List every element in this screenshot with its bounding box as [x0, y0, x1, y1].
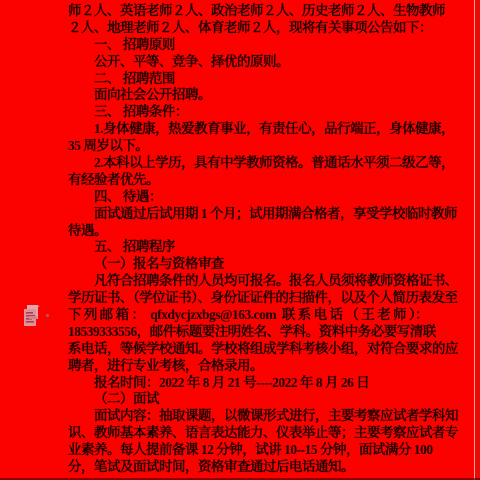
text-line: ２人、地理老师２人、体育老师２人，现将有关事项公告如下：: [68, 20, 428, 37]
text-line: 公开、平等、竞争、择优的原则。: [68, 54, 428, 71]
text-line: 一、 招聘原则: [68, 37, 428, 54]
text-line: 系电话，等候学校通知。学校将组成学科考核小组，对符合要求的应: [68, 341, 428, 358]
text-line: 下 列 邮 箱 ： qfxdycjzxbgs@163.com 联 系 电 话 （…: [68, 307, 428, 324]
text-line: 凡符合招聘条件的人员均可报名。报名人员须将教师资格证书、: [68, 273, 428, 290]
text-line: 聘者，进行专业考核，合格录用。: [68, 358, 428, 375]
text-line: 18539333556，邮件标题要注明姓名、学科。资料中务必要写清联: [68, 324, 428, 341]
text-line: 识、教师基本素养、语言表达能力、仪表举止等；主要考察应试者专: [68, 425, 428, 442]
text-line: 2.本科以上学历，具有中学教师资格。普通话水平须二级乙等，: [68, 155, 428, 172]
text-line: 1.身体健康，热爱教育事业，有责任心，品行端正，身体健康，: [68, 121, 428, 138]
text-line: 学历证书、（学位证书）、身份证证件的扫描件，以及个人简历表发至: [68, 290, 428, 307]
text-line: 35 周岁以下。: [68, 138, 428, 155]
text-line: 面试通过后试用期 1 个月；试用期满合格者，享受学校临时教师: [68, 206, 428, 223]
text-line: 报名时间：2022 年 8 月 21 号----2022 年 8 月 26 日: [68, 375, 428, 392]
recruitment-announcement-page: 师２人、英语老师２人、政治老师２人、历史老师２人、生物教师２人、地理老师２人、体…: [0, 0, 480, 480]
text-line: 面试内容：抽取课题，以微课形式进行，主要考察应试者学科知: [68, 408, 428, 425]
text-line: （二）面试: [68, 391, 428, 408]
text-line: 面向社会公开招聘。: [68, 87, 428, 104]
text-line: 四、 待遇：: [68, 189, 428, 206]
announcement-body: 师２人、英语老师２人、政治老师２人、历史老师２人、生物教师２人、地理老师２人、体…: [68, 3, 428, 476]
text-line: 师２人、英语老师２人、政治老师２人、历史老师２人、生物教师: [68, 3, 428, 20]
stray-mark-dot: [46, 314, 49, 317]
text-line: 业素养。每人提前备课 12 分钟，试讲 10--15 分钟，面试满分 100: [68, 442, 428, 459]
text-line: 三、 招聘条件：: [68, 104, 428, 121]
text-line: （一）报名与资格审查: [68, 256, 428, 273]
text-line: 有经验者优先。: [68, 172, 428, 189]
text-line: 二、 招聘范围: [68, 71, 428, 88]
text-line: 待遇。: [68, 223, 428, 240]
text-line: 分，笔试及面试时间，资格审查通过后电话通知。: [68, 459, 428, 476]
embedded-document-icon: [23, 305, 40, 327]
right-margin-band: [475, 0, 480, 480]
text-line: 五、 招聘程序: [68, 239, 428, 256]
